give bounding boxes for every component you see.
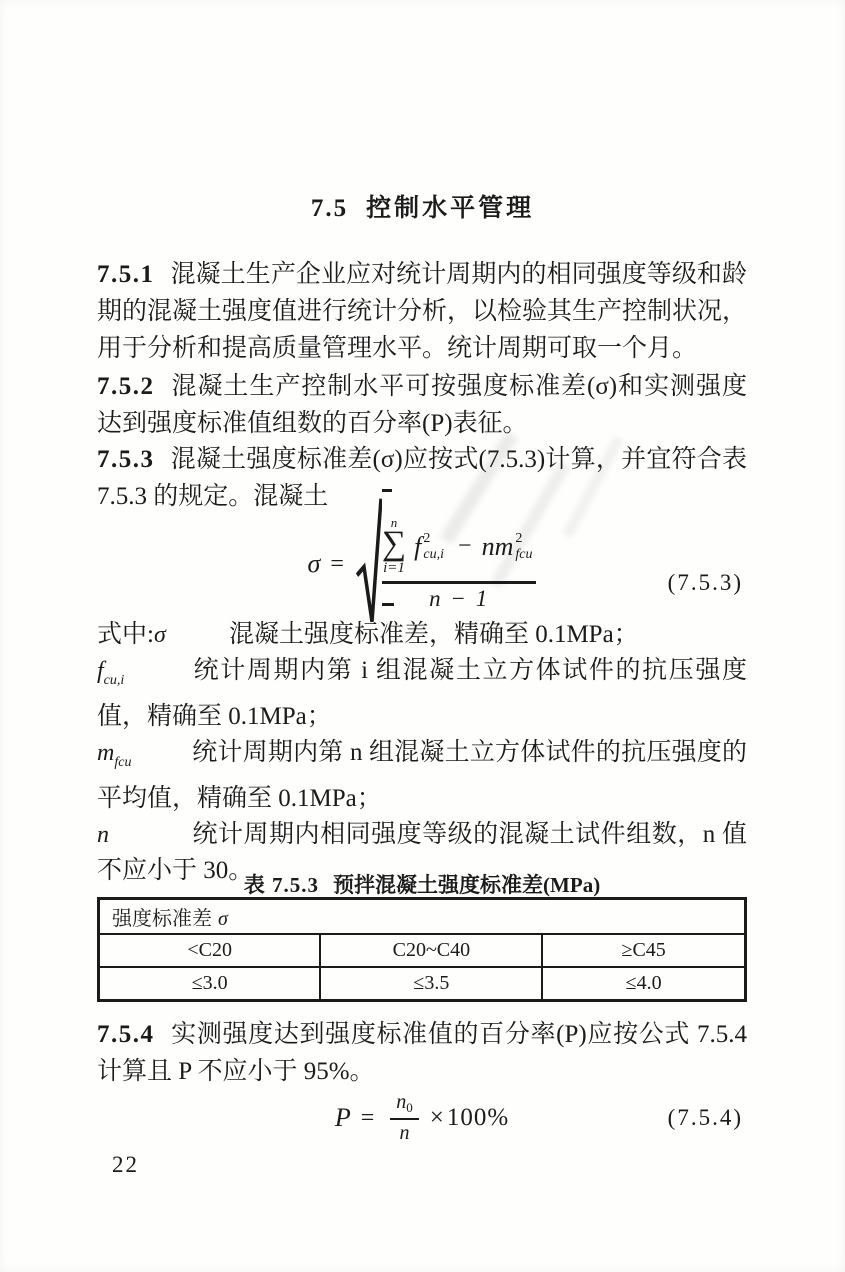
radical-sign-icon <box>356 496 382 627</box>
nm-scripts: 2 fcu <box>515 531 532 562</box>
sum-sigma-icon: ∑ <box>382 529 406 560</box>
equation: P = n0 n × 100% <box>97 1086 747 1150</box>
equation-number: (7.5.3) <box>668 570 743 596</box>
term-fcui: fcu,i <box>97 653 192 699</box>
definition-sigma: 式中:σ混凝土强度标准差，精确至 0.1MPa； <box>97 617 747 653</box>
term-n: n <box>97 817 192 853</box>
definition-text: 统计周期内第 n 组混凝土立方体试件的抗压强度的平均值，精确至 0.1MPa； <box>97 739 747 812</box>
where-definitions: 式中:σ混凝土强度标准差，精确至 0.1MPa； fcu,i统计周期内第 i 组… <box>97 617 747 889</box>
section-number: 7.5 <box>311 195 348 222</box>
grade-cell: <C20 <box>99 934 321 967</box>
clause-number: 7.5.2 <box>97 373 155 400</box>
sigma-symbol: σ <box>218 908 228 930</box>
sigma-symbol: σ <box>308 549 321 579</box>
clause-number: 7.5.1 <box>97 261 155 288</box>
f-variable: f <box>414 532 421 562</box>
value-cell: ≤4.0 <box>542 967 745 1001</box>
formula-7-5-4: P = n0 n × 100% (7.5.4) <box>97 1086 747 1150</box>
document-page: 7.5控制水平管理 7.5.1混凝土生产企业应对统计周期内的相同强度等级和龄期的… <box>0 0 845 1272</box>
value-cell: ≤3.0 <box>99 967 321 1001</box>
square-root: n ∑ i=1 f 2 cu,i − nm <box>356 498 537 629</box>
fraction: n0 n <box>390 1091 419 1144</box>
table-7-5-3: 强度标准差σ <C20 C20~C40 ≥C45 ≤3.0 ≤3.5 ≤4.0 <box>97 897 747 1002</box>
p-variable: P <box>335 1103 351 1133</box>
numerator: n0 <box>390 1091 419 1117</box>
table-row: ≤3.0 ≤3.5 ≤4.0 <box>99 967 746 1001</box>
equation-number: (7.5.4) <box>668 1105 743 1131</box>
table-header-cell: 强度标准差σ <box>99 899 746 935</box>
definition-fcui: fcu,i统计周期内第 i 组混凝土立方体试件的抗压强度值，精确至 0.1MPa… <box>97 653 747 735</box>
nm-variable: nm <box>482 532 514 562</box>
summation: n ∑ i=1 <box>382 516 406 576</box>
table-number: 表 7.5.3 <box>244 873 319 897</box>
term-sigma: σ <box>154 617 229 653</box>
equation: σ = n ∑ i=1 f <box>97 510 747 618</box>
page-number: 22 <box>112 1152 139 1178</box>
f-scripts: 2 cu,i <box>423 531 444 562</box>
grade-cell: C20~C40 <box>320 934 542 967</box>
definition-text: 混凝土强度标准差，精确至 0.1MPa； <box>229 621 639 648</box>
formula-7-5-3: σ = n ∑ i=1 f <box>97 510 747 618</box>
clause-number: 7.5.3 <box>97 446 155 473</box>
table-row: 强度标准差σ <box>99 899 746 935</box>
clause-text: 混凝土生产控制水平可按强度标准差(σ)和实测强度达到强度标准值组数的百分率(P)… <box>97 373 747 437</box>
clause-number: 7.5.4 <box>97 1021 155 1048</box>
sum-lower-limit: i=1 <box>383 560 405 577</box>
percent-factor: 100% <box>447 1104 509 1132</box>
definition-mfcu: mfcu统计周期内第 n 组混凝土立方体试件的抗压强度的平均值，精确至 0.1M… <box>97 735 747 817</box>
clause-text: 混凝土生产企业应对统计周期内的相同强度等级和龄期的混凝土强度值进行统计分析，以检… <box>97 261 747 362</box>
multiply-sign: × <box>430 1104 444 1132</box>
table-caption: 表 7.5.3预拌混凝土强度标准差(MPa) <box>97 869 747 899</box>
paragraph-7-5-1: 7.5.1混凝土生产企业应对统计周期内的相同强度等级和龄期的混凝土强度值进行统计… <box>97 256 747 367</box>
section-title-text: 控制水平管理 <box>366 195 534 222</box>
value-cell: ≤3.5 <box>320 967 542 1001</box>
equals-sign: = <box>361 1105 375 1132</box>
clause-text: 实测强度达到强度标准值的百分率(P)应按公式 7.5.4 计算且 P 不应小于 … <box>97 1021 747 1085</box>
minus-sign: − <box>458 533 472 560</box>
table-row: <C20 C20~C40 ≥C45 <box>99 934 746 967</box>
denominator: n − 1 <box>382 581 537 612</box>
equals-sign: = <box>330 551 344 578</box>
numerator: n ∑ i=1 f 2 cu,i − nm <box>382 516 537 580</box>
denominator: n <box>390 1118 419 1145</box>
where-label: 式中: <box>97 621 154 648</box>
paragraph-7-5-2: 7.5.2混凝土生产控制水平可按强度标准差(σ)和实测强度达到强度标准值组数的百… <box>97 368 747 442</box>
table-title: 预拌混凝土强度标准差(MPa) <box>333 873 600 897</box>
grade-cell: ≥C45 <box>542 934 745 967</box>
term-mfcu: mfcu <box>97 735 192 781</box>
page-title: 7.5控制水平管理 <box>0 188 845 224</box>
definition-text: 统计周期内第 i 组混凝土立方体试件的抗压强度值，精确至 0.1MPa； <box>97 657 747 730</box>
paragraph-7-5-4: 7.5.4实测强度达到强度标准值的百分率(P)应按公式 7.5.4 计算且 P … <box>97 1016 747 1090</box>
fraction: n ∑ i=1 f 2 cu,i − nm <box>382 516 537 611</box>
